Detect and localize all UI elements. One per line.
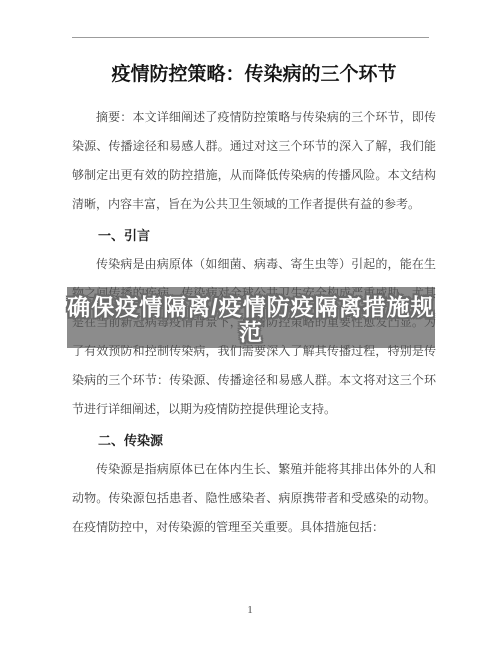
watermark-overlay-band: 确保疫情隔离/疫情防疫隔离措施规范 [67, 287, 435, 348]
page-number: 1 [0, 604, 500, 616]
section-body-infection-source: 传染源是指病原体已在体内生长、繁殖并能将其排出体外的人和动物。传染源包括患者、隐… [72, 455, 436, 542]
section-heading-infection-source: 二、传染源 [72, 426, 436, 455]
watermark-text: 确保疫情隔离/疫情防疫隔离措施规范 [67, 295, 435, 345]
document-title: 疫情防控策略：传染病的三个环节 [72, 60, 436, 89]
section-heading-introduction: 一、引言 [72, 221, 436, 250]
document-content-column: 疫情防控策略：传染病的三个环节 摘要：本文详细阐述了疫情防控策略与传染病的三个环… [72, 0, 436, 542]
document-page: 疫情防控策略：传染病的三个环节 摘要：本文详细阐述了疫情防控策略与传染病的三个环… [0, 0, 500, 647]
screenshot-root: { "document": { "title": "疫情防控策略：传染病的三个环… [0, 0, 500, 647]
abstract-paragraph: 摘要：本文详细阐述了疫情防控策略与传染病的三个环节，即传染源、传播途径和易感人群… [72, 103, 436, 219]
header-divider [72, 37, 429, 38]
